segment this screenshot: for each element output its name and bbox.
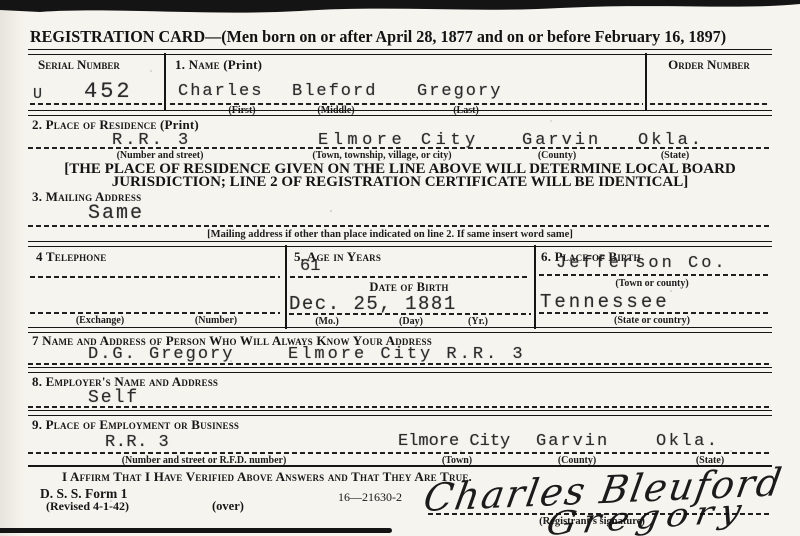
age-underline	[290, 276, 530, 278]
dob-month-sublabel: (Mo.)	[315, 316, 339, 327]
birth-town-value: Jefferson Co.	[556, 254, 728, 273]
over-note: (over)	[212, 499, 244, 514]
mailing-address-value: Same	[88, 202, 144, 225]
employment-street-value: R.R. 3	[105, 433, 169, 452]
name-last-value: Gregory	[417, 82, 502, 101]
mailing-underline	[28, 225, 770, 227]
name-order-divider	[645, 53, 647, 111]
print-code: 16—21630-2	[338, 490, 402, 505]
age-value: 61	[300, 257, 320, 276]
employer-underline	[28, 406, 770, 408]
birth-state-underline	[539, 312, 768, 314]
residence-county-sublabel: (County)	[538, 150, 576, 161]
registration-card-scan: REGISTRATION CARD—(Men born on or after …	[0, 0, 800, 536]
name-middle-value: Bleford	[292, 82, 377, 101]
employment-underline	[28, 452, 770, 454]
affirmation-text: I Affirm That I Have Verified Above Answ…	[62, 469, 472, 485]
contact-address-value: Elmore City R.R. 3	[288, 345, 526, 364]
birth-state-sublabel: (State or country)	[614, 315, 690, 326]
employment-label: 9. Place of Employment or Business	[32, 417, 239, 433]
form-revision: (Revised 4-1-42)	[46, 499, 129, 514]
order-number-label: Order Number	[648, 57, 770, 73]
birth-state-value: Tennessee	[540, 291, 670, 313]
dob-day-sublabel: (Day)	[399, 316, 423, 327]
row7-divider	[28, 367, 772, 373]
birth-town-sublabel: (Town or county)	[615, 278, 688, 289]
serial-underline	[30, 103, 162, 105]
telephone-label: 4 Telephone	[36, 249, 106, 265]
employer-value: Self	[88, 388, 139, 408]
telephone-number-sublabel: (Number)	[195, 315, 237, 326]
dob-underline	[289, 313, 531, 315]
name-first-value: Charles	[178, 82, 263, 101]
residence-state-sublabel: (State)	[661, 150, 689, 161]
order-underline	[650, 103, 768, 105]
residence-underline	[28, 147, 770, 149]
employment-county-value: Garvin	[536, 432, 609, 451]
serial-number-label: Serial Number	[38, 57, 120, 73]
serial-name-divider	[164, 53, 166, 111]
contact-name-value: D.G. Gregory	[88, 345, 234, 364]
dob-value: Dec. 25, 1881	[289, 293, 457, 315]
telephone-age-divider	[285, 245, 287, 329]
mailing-sublabel: [Mailing address if other than place ind…	[207, 229, 573, 240]
telephone-exchange-sublabel: (Exchange)	[76, 315, 124, 326]
employment-state-value: Okla.	[656, 432, 720, 451]
row8-divider	[28, 410, 772, 416]
birth-town-underline	[539, 274, 768, 276]
residence-street-sublabel: (Number and street)	[117, 150, 204, 161]
telephone-underline-1	[30, 276, 280, 278]
name-label: 1. Name (Print)	[175, 57, 262, 73]
scan-artifact-top	[0, 0, 800, 16]
row3-divider	[28, 241, 772, 247]
employment-town-value: Elmore City	[398, 432, 510, 451]
telephone-underline-2	[30, 312, 280, 314]
card-title: REGISTRATION CARD—(Men born on or after …	[30, 27, 726, 47]
row1-divider	[28, 110, 772, 116]
age-birth-divider	[534, 245, 536, 329]
scan-artifact-bottom	[0, 528, 392, 533]
residence-town-sublabel: (Town, township, village, or city)	[312, 150, 451, 161]
serial-prefix-value: U	[33, 86, 42, 103]
title-divider	[28, 49, 772, 55]
dob-year-sublabel: (Yr.)	[468, 316, 488, 327]
serial-number-value: 452	[84, 79, 133, 104]
contact-underline	[28, 363, 770, 365]
